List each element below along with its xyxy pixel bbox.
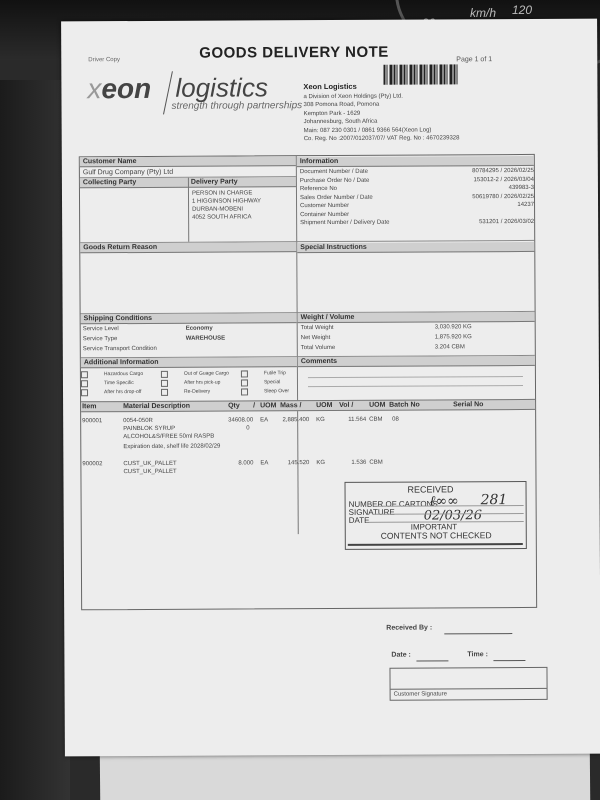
- option-label: Hazardous Cargo: [104, 371, 143, 377]
- date-label: DATE: [349, 516, 370, 525]
- option-label: Sleep Over: [264, 388, 289, 394]
- item-material: CUST_UK_PALLET: [123, 461, 176, 467]
- option-label: Out of Guage Cargo: [184, 371, 229, 377]
- item-vol-uom: CBM: [369, 417, 382, 423]
- shipping-label: Service Transport Condition: [83, 346, 157, 352]
- shipping-value: WAREHOUSE: [186, 336, 225, 342]
- customer-signature-box[interactable]: Customer Signature: [389, 667, 547, 701]
- info-value: 153012-2 / 2026/03/04: [474, 176, 534, 182]
- item-uom: EA: [260, 417, 268, 423]
- speedometer-unit: km/h: [470, 6, 496, 20]
- weight-volume-header: Weight / Volume: [298, 312, 535, 323]
- weight-value: 1,875.920 KG: [435, 334, 472, 340]
- item-mass-uom: KG: [316, 417, 325, 423]
- page-number: Page 1 of 1: [456, 56, 492, 63]
- delivery-party-header: Delivery Party: [188, 177, 296, 188]
- info-label: Document Number / Date: [300, 169, 368, 175]
- checkbox[interactable]: [161, 389, 168, 398]
- option-label: Re-Delivery: [184, 389, 210, 395]
- logo-xeon: xeon: [87, 73, 151, 105]
- option-label: After hrs drop-off: [104, 389, 141, 395]
- checkbox[interactable]: [81, 371, 88, 380]
- column-header: UOM: [316, 402, 332, 409]
- column-header: /: [253, 402, 255, 409]
- column-header: Qty: [228, 402, 240, 409]
- column-header: Batch No: [389, 402, 420, 409]
- column-header: UOM: [369, 402, 385, 409]
- received-stamp: RECEIVED NUMBER OF CARTONS 281 SIGNATURE…: [344, 481, 526, 550]
- item-vol: 11.564: [348, 417, 366, 423]
- goods-delivery-note: Driver Copy GOODS DELIVERY NOTE Page 1 o…: [61, 19, 600, 757]
- item-uom: EA: [260, 460, 268, 466]
- info-value: 531201 / 2026/03/02: [479, 219, 534, 225]
- weight-label: Total Volume: [301, 345, 335, 351]
- company-name: Xeon Logistics: [303, 82, 356, 91]
- customer-signature-label: Customer Signature: [394, 691, 447, 697]
- column-header: Material Description: [123, 403, 190, 410]
- option-label: After hrs pick-up: [184, 380, 220, 386]
- info-label: Container Number: [300, 211, 349, 217]
- weight-label: Net Weight: [301, 335, 331, 341]
- speed-mark-120: 120: [512, 3, 532, 17]
- received-by-line[interactable]: [444, 633, 512, 634]
- item-description: CUST_UK_PALLET: [123, 469, 176, 475]
- item-description: ALCOHOL&S/FREE 50ml RASPB: [123, 434, 214, 440]
- logo-tagline: strength through partnerships: [171, 100, 302, 112]
- info-label: Sales Order Number / Date: [300, 194, 373, 200]
- item-mass-uom: KG: [316, 460, 325, 466]
- document-title: GOODS DELIVERY NOTE: [199, 44, 389, 62]
- item-batch: 08: [392, 417, 399, 423]
- car-seat-background: [0, 80, 70, 800]
- shipping-label: Service Type: [83, 336, 118, 342]
- checkbox[interactable]: [241, 370, 248, 379]
- checkbox[interactable]: [81, 389, 88, 398]
- item-qty: 34608.00: [228, 417, 253, 423]
- info-value: 14237: [517, 202, 534, 208]
- column-header: UOM: [260, 402, 276, 409]
- time-footer-label: Time :: [467, 651, 488, 658]
- info-label: Reference No: [300, 186, 337, 192]
- collecting-party-header: Collecting Party: [80, 178, 188, 189]
- checkbox[interactable]: [241, 388, 248, 397]
- info-label: Shipment Number / Delivery Date: [300, 220, 389, 226]
- date-footer-line[interactable]: [416, 660, 448, 661]
- column-header: Vol /: [339, 402, 353, 409]
- shipping-value: Economy: [186, 326, 213, 332]
- weight-value: 3,030.920 KG: [435, 324, 472, 330]
- item-vol-uom: CBM: [369, 460, 382, 466]
- logo-logistics: logistics: [175, 72, 268, 103]
- customer-name-header: Customer Name: [80, 156, 296, 167]
- item-mass: 145.520: [288, 460, 310, 466]
- info-label: Purchase Order No / Date: [300, 177, 369, 183]
- checkbox[interactable]: [161, 371, 168, 380]
- information-header: Information: [297, 156, 534, 167]
- info-label: Customer Number: [300, 203, 349, 209]
- customer-name: Gulf Drug Company (Pty) Ltd: [83, 169, 173, 176]
- comments-header: Comments: [298, 356, 535, 367]
- received-by-label: Received By :: [386, 624, 432, 631]
- option-label: Special: [264, 379, 280, 385]
- goods-return-reason-header: Goods Return Reason: [80, 242, 296, 253]
- weight-value: 3.204 CBM: [435, 344, 465, 350]
- checkbox[interactable]: [241, 379, 248, 388]
- item-extra-qty: 0: [246, 425, 249, 431]
- company-address: Xeon Logistics a Division of Xeon Holdin…: [303, 82, 459, 143]
- item-qty: 8.000: [238, 460, 253, 466]
- item-material: 0054-050R: [123, 418, 153, 424]
- info-value: 439983-3: [509, 185, 534, 191]
- copy-label: Driver Copy: [88, 57, 120, 63]
- item-description: Expiration date, shelf life 2028/02/29: [123, 444, 220, 451]
- checkbox[interactable]: [81, 380, 88, 389]
- item-number: 900002: [82, 461, 102, 467]
- time-footer-line[interactable]: [493, 660, 525, 661]
- info-value: 80784295 / 2026/02/25: [472, 168, 534, 174]
- special-instructions-header: Special Instructions: [297, 242, 534, 253]
- option-label: Time Specific: [104, 380, 134, 386]
- delivery-party-address: PERSON IN CHARGE 1 HIGGINSON HIGHWAY DUR…: [192, 189, 261, 221]
- column-header: Serial No: [453, 401, 483, 408]
- item-number: 900001: [82, 418, 102, 424]
- item-description: PAINBLOK SYRUP: [123, 426, 175, 432]
- column-header: Mass /: [280, 402, 301, 409]
- additional-information-header: Additional Information: [81, 357, 297, 368]
- column-header: Item: [82, 403, 96, 410]
- date-footer-label: Date :: [391, 652, 410, 659]
- shipping-conditions-header: Shipping Conditions: [81, 313, 297, 324]
- item-mass: 2,885.400: [282, 417, 309, 423]
- option-label: Futile Trip: [264, 370, 286, 376]
- item-vol: 1.536: [351, 460, 366, 466]
- checkbox[interactable]: [161, 380, 168, 389]
- info-value: 50619780 / 2026/02/25: [472, 193, 534, 199]
- weight-label: Total Weight: [301, 325, 334, 331]
- shipping-label: Service Level: [83, 326, 119, 332]
